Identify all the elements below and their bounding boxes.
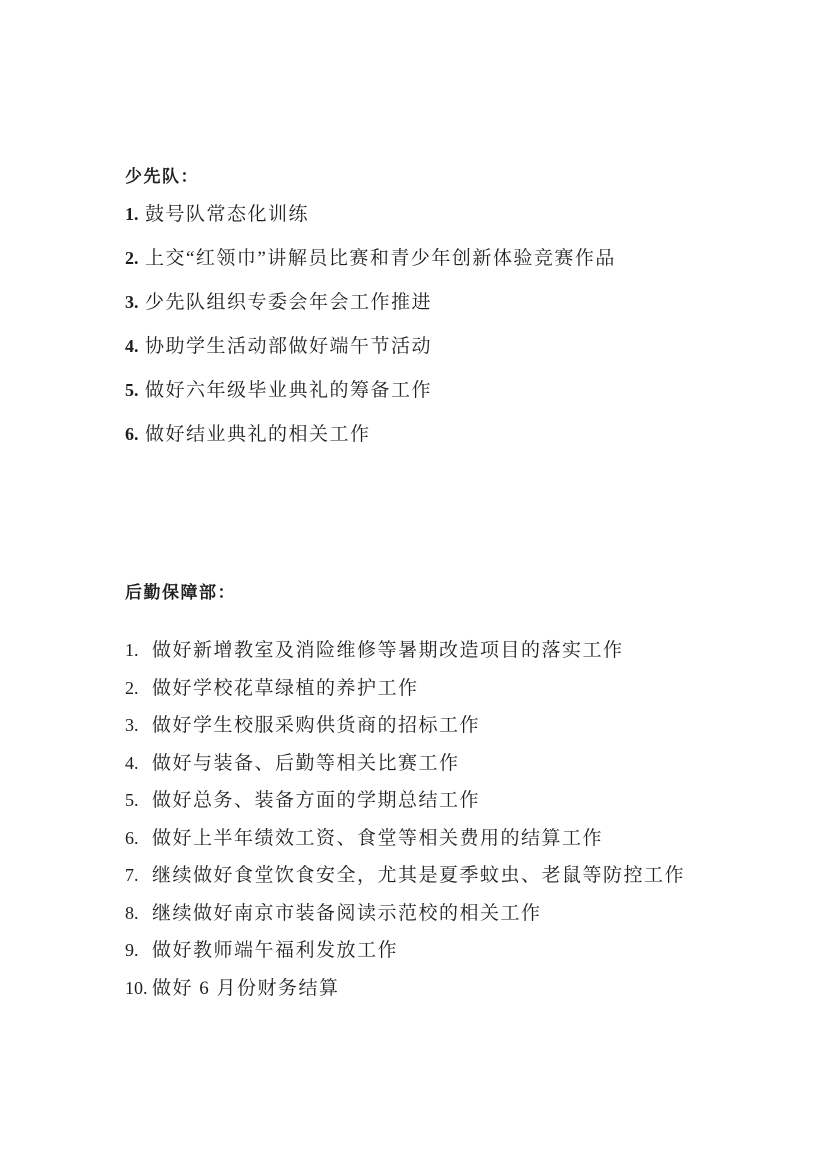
list-item-text: 做好结业典礼的相关工作 <box>145 424 371 445</box>
list-item: 2.做好学校花草绿植的养护工作 <box>125 675 419 702</box>
list-item-text: 协助学生活动部做好端午节活动 <box>145 336 432 357</box>
list-item: 8.继续做好南京市装备阅读示范校的相关工作 <box>125 900 542 927</box>
list-item-number: 5. <box>125 787 152 813</box>
list-item-number: 2. <box>125 675 152 701</box>
list-item-number: 1. <box>125 201 145 227</box>
list-item-text: 少先队组织专委会年会工作推进 <box>145 292 432 313</box>
list-item-number: 1. <box>125 637 152 663</box>
list-item: 4.做好与装备、后勤等相关比赛工作 <box>125 750 460 777</box>
list-item-text: 做好六年级毕业典礼的筹备工作 <box>145 380 432 401</box>
list-item-number: 3. <box>125 712 152 738</box>
list-item: 6.做好结业典礼的相关工作 <box>125 421 371 448</box>
list-item-number: 9. <box>125 937 152 963</box>
list-item-number: 5. <box>125 377 145 403</box>
list-item: 9.做好教师端午福利发放工作 <box>125 937 398 964</box>
list-item-number: 4. <box>125 750 152 776</box>
list-item-number: 2. <box>125 245 145 271</box>
list-item-text: 鼓号队常态化训练 <box>145 204 309 225</box>
list-item-text: 做好教师端午福利发放工作 <box>152 940 398 961</box>
list-item-text: 做好上半年绩效工资、食堂等相关费用的结算工作 <box>152 828 603 849</box>
document-page: 少先队： 1.鼓号队常态化训练 2.上交“红领巾”讲解员比赛和青少年创新体验竞赛… <box>0 0 827 1170</box>
list-item-text: 做好学生校服采购供货商的招标工作 <box>152 715 480 736</box>
list-item-number: 4. <box>125 333 145 359</box>
list-item-text: 做好学校花草绿植的养护工作 <box>152 678 419 699</box>
list-item: 6.做好上半年绩效工资、食堂等相关费用的结算工作 <box>125 825 603 852</box>
list-item: 1.做好新增教室及消险维修等暑期改造项目的落实工作 <box>125 637 624 664</box>
list-item: 4.协助学生活动部做好端午节活动 <box>125 333 432 360</box>
list-item-text: 做好 6 月份财务结算 <box>152 978 340 999</box>
list-item: 1.鼓号队常态化训练 <box>125 201 309 228</box>
list-item: 5.做好总务、装备方面的学期总结工作 <box>125 787 480 814</box>
section-title-shaoxiandui: 少先队： <box>125 164 199 190</box>
list-item: 2.上交“红领巾”讲解员比赛和青少年创新体验竞赛作品 <box>125 245 616 272</box>
list-item: 5.做好六年级毕业典礼的筹备工作 <box>125 377 432 404</box>
list-item-number: 3. <box>125 289 145 315</box>
list-item-text: 继续做好食堂饮食安全，尤其是夏季蚊虫、老鼠等防控工作 <box>152 865 685 886</box>
list-item-text: 做好新增教室及消险维修等暑期改造项目的落实工作 <box>152 640 624 661</box>
list-item-text: 上交“红领巾”讲解员比赛和青少年创新体验竞赛作品 <box>145 248 616 269</box>
list-item-number: 6. <box>125 421 145 447</box>
list-item-number: 6. <box>125 825 152 851</box>
list-item: 3.做好学生校服采购供货商的招标工作 <box>125 712 480 739</box>
list-item-number: 7. <box>125 862 152 888</box>
list-item: 7.继续做好食堂饮食安全，尤其是夏季蚊虫、老鼠等防控工作 <box>125 862 685 889</box>
section-title-houqinbaozhangbu: 后勤保障部： <box>125 580 236 606</box>
list-item-text: 做好总务、装备方面的学期总结工作 <box>152 790 480 811</box>
list-item: 10.做好 6 月份财务结算 <box>125 975 340 1002</box>
list-item-text: 做好与装备、后勤等相关比赛工作 <box>152 753 460 774</box>
list-item: 3.少先队组织专委会年会工作推进 <box>125 289 432 316</box>
list-item-number: 10. <box>125 975 152 1001</box>
list-item-number: 8. <box>125 900 152 926</box>
list-item-text: 继续做好南京市装备阅读示范校的相关工作 <box>152 903 542 924</box>
